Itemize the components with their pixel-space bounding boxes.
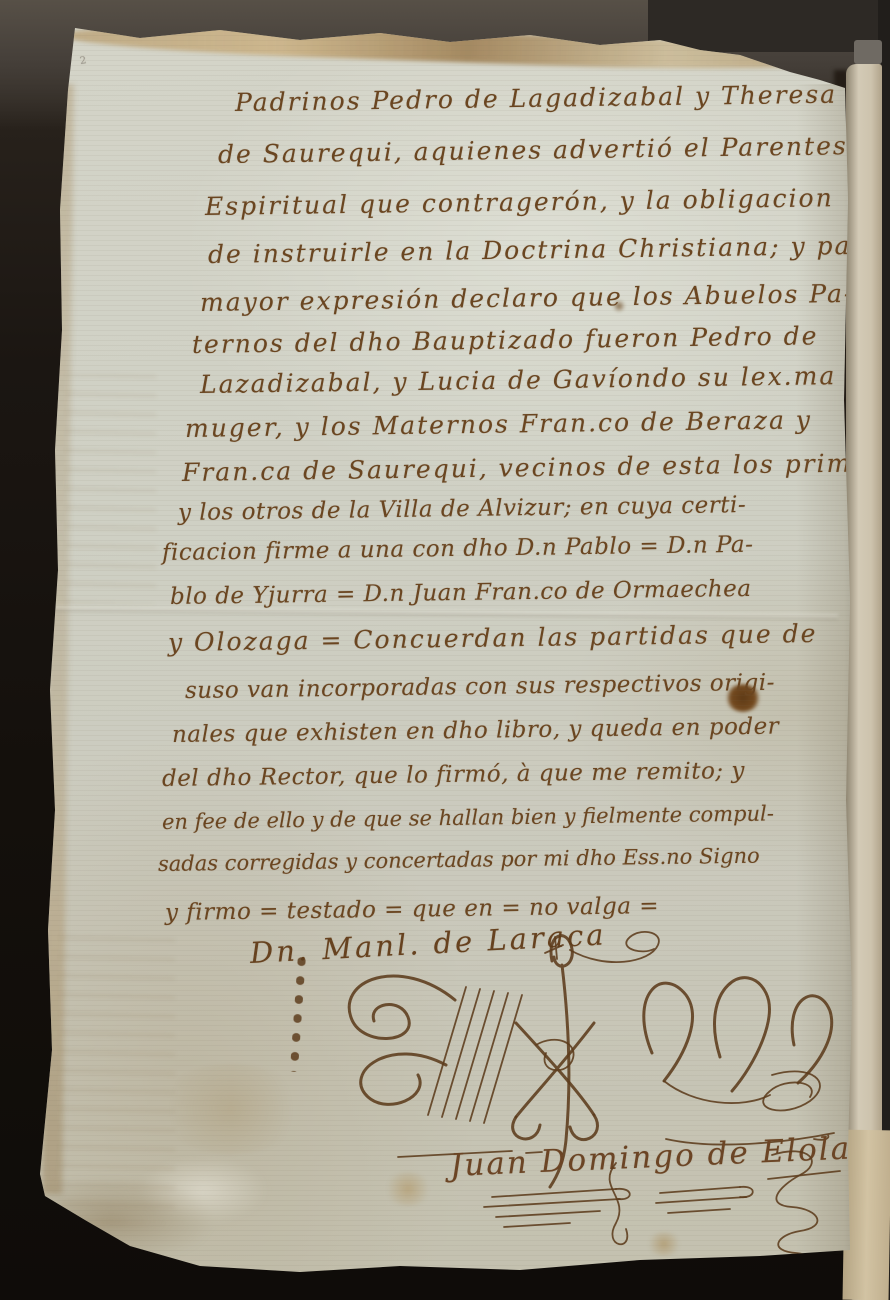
manuscript-line: blo de Yjurra = D.n Juan Fran.co de Orma… (170, 576, 752, 610)
manuscript-line: de instruirle en la Doctrina Christiana;… (208, 231, 852, 269)
manuscript-line: de Saurequi, aquienes advertió el Parent… (218, 131, 881, 169)
manuscript-line: Padrinos Pedro de Lagadizabal y Theresa (235, 80, 837, 117)
manuscript-line: y Olozaga = Concuerdan las partidas que … (168, 619, 818, 657)
adjacent-page-bottom-edge (843, 1130, 890, 1300)
bottom-left-crumple (42, 1154, 272, 1274)
manuscript-line: en fee de ello y de que se hallan bien y… (162, 801, 774, 834)
bleedthrough-text-ghost (66, 374, 156, 604)
manuscript-line: sadas corregidas y concertadas por mi dh… (158, 844, 760, 876)
manuscript-line: Lazadizabal, y Lucia de Gavíondo su lex.… (200, 361, 837, 399)
manuscript-line: Fran.ca de Saurequi, vecinos de esta los… (182, 448, 877, 487)
manuscript-line: mayor expresión declaro que los Abuelos … (200, 279, 855, 317)
manuscript-page: 2 Padrinos Pedro de Lagadizabal y Theres… (36, 24, 858, 1276)
manuscript-line: y los otros de la Villa de Alvizur; en c… (178, 492, 747, 526)
adjacent-page-fore-edge (846, 64, 882, 1300)
manuscript-line: suso van incorporadas con sus respectivo… (185, 670, 775, 704)
manuscript-line: del dho Rector, que lo firmó, à que me r… (162, 758, 745, 792)
left-deckle-edge-stain (42, 84, 74, 1194)
signature-rubric-flourish (420, 1135, 870, 1295)
manuscript-line: ficacion firme a una con dho D.n Pablo =… (162, 532, 754, 566)
manuscript-line: nales que exhisten en dho libro, y queda… (172, 714, 780, 748)
folio-mark: 2 (79, 55, 87, 67)
horizontal-fold-crease (46, 606, 838, 620)
manuscript-line: Espiritual que contragerón, y la obligac… (205, 183, 834, 221)
manuscript-photo: 2 Padrinos Pedro de Lagadizabal y Theres… (0, 0, 890, 1300)
manuscript-line: ternos del dho Bauptizado fueron Pedro d… (192, 321, 819, 359)
manuscript-line: muger, y los Maternos Fran.co de Beraza … (185, 405, 812, 443)
backdrop-gray-notch (854, 40, 882, 64)
